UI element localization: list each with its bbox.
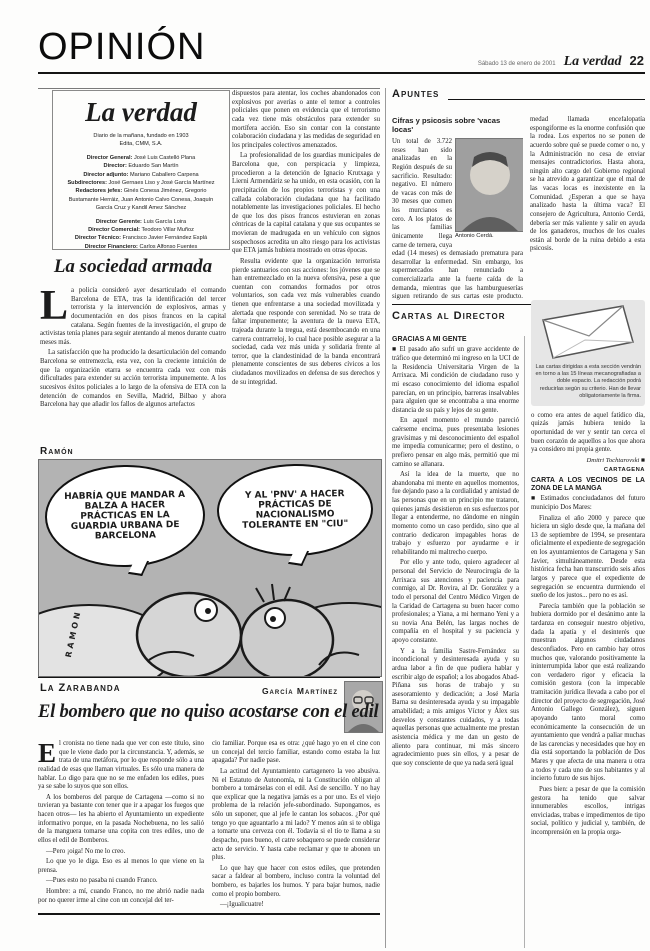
bottom-rule xyxy=(38,913,380,915)
photo-caption: Antonio Cerdá. xyxy=(455,233,523,240)
staff-line: Director General: José Luis Castelló Pla… xyxy=(61,154,221,162)
editorial-column-2: dispuestos para atentar, los coches aban… xyxy=(232,90,380,446)
apuntes-rule xyxy=(448,99,645,100)
editorial-column-1: La policía consideró ayer desarticulado … xyxy=(40,287,226,445)
main-column-divider xyxy=(385,88,386,948)
zarabanda-dropcap: E xyxy=(38,740,59,764)
zarabanda-section-label: La Zarabanda xyxy=(40,682,121,694)
page-title: OPINIÓN xyxy=(38,26,205,69)
staff-line: Director adjunto: Mariano Caballero Carp… xyxy=(61,171,221,179)
apuntes-section-label: Apuntes xyxy=(392,88,439,100)
cerda-portrait-photo xyxy=(455,138,523,232)
masthead-logo: La verdad xyxy=(61,97,221,128)
letter-title: GRACIAS A MI GENTE xyxy=(392,336,519,344)
editorial-dropcap: L xyxy=(40,287,71,323)
staff-line: Redactores jefes: Ginés Conesa Jiménez, … xyxy=(61,187,221,212)
zarabanda-column-1: El cronista no tiene nada que ver con es… xyxy=(38,740,204,910)
cartas-column-2: Las cartas dirigidas a esta sección vend… xyxy=(531,300,645,948)
newspaper-page: OPINIÓN Sábado 13 de enero de 2001 La ve… xyxy=(0,0,650,951)
apuntes-title: Cifras y psicosis sobre 'vacas locas' xyxy=(392,116,522,134)
editorial-cartoon: HABRÍA QUE MANDAR A BALZA A HACER PRÁCTI… xyxy=(38,459,382,677)
masthead-edita: Edita, CMM, S.A. xyxy=(61,140,221,148)
letters-notice-box: Las cartas dirigidas a esta sección vend… xyxy=(531,300,645,406)
left-region-rule xyxy=(38,88,380,89)
editorial-title: La sociedad armada xyxy=(40,256,226,278)
cartas-column-divider xyxy=(524,336,525,948)
staff-line: Director Financiero: Carlos Alfonso Fuen… xyxy=(61,243,221,250)
cartas-column-1: GRACIAS A MI GENTE ■ El pasado año sufrí… xyxy=(392,336,519,948)
masthead-subtitle: Diario de la mañana, fundado en 1903 xyxy=(61,132,221,140)
header-date: Sábado 13 de enero de 2001 xyxy=(478,61,556,67)
header-meta: Sábado 13 de enero de 2001 La verdad 22 xyxy=(478,52,644,70)
staff-line: Director: Eduardo San Martín xyxy=(61,162,221,170)
zarabanda-headline: El bombero que no quiso acostarse con el… xyxy=(38,702,380,723)
page-number: 22 xyxy=(630,53,644,68)
staff-line: Director Comercial: Teodoro Villar Muñoz xyxy=(61,226,221,234)
staff-line: Director Técnico: Francisco Javier Ferná… xyxy=(61,234,221,242)
cartoon-author-label: Ramón xyxy=(40,446,74,457)
letter-title: CARTA A LOS VECINOS DE LA ZONA DE LA MAN… xyxy=(531,477,645,494)
masthead-box: La verdad Diario de la mañana, fundado e… xyxy=(52,90,230,250)
zarabanda-author: García Martínez xyxy=(222,686,338,696)
staff-line: Subdirectores: José Gernaes Liso y José … xyxy=(61,179,221,187)
staff-line: Director Gerente: Luis García Loira xyxy=(61,218,221,226)
letters-notice-text: Las cartas dirigidas a esta sección vend… xyxy=(535,364,641,401)
zarabanda-column-2: cio familiar. Porque esa es otra: ¿qué h… xyxy=(212,740,380,910)
header-rule xyxy=(38,72,645,74)
zarabanda-rule xyxy=(38,677,380,678)
letter-city: CARTAGENA xyxy=(531,467,645,474)
apuntes-column-2: medad llamada encefalopatía espongiforme… xyxy=(530,116,645,302)
envelope-icon xyxy=(535,302,641,360)
portrait-silhouette-icon xyxy=(456,139,523,231)
apuntes-figure: Antonio Cerdá. xyxy=(455,138,523,240)
paper-logo-small: La verdad xyxy=(564,54,622,69)
letter-signature: Dmitri Tochtarovski ■ xyxy=(531,457,645,465)
apuntes-column-1: Antonio Cerdá. Un total de 3.722 reses h… xyxy=(392,138,523,302)
cartas-section-label: Cartas al Director xyxy=(392,310,505,322)
